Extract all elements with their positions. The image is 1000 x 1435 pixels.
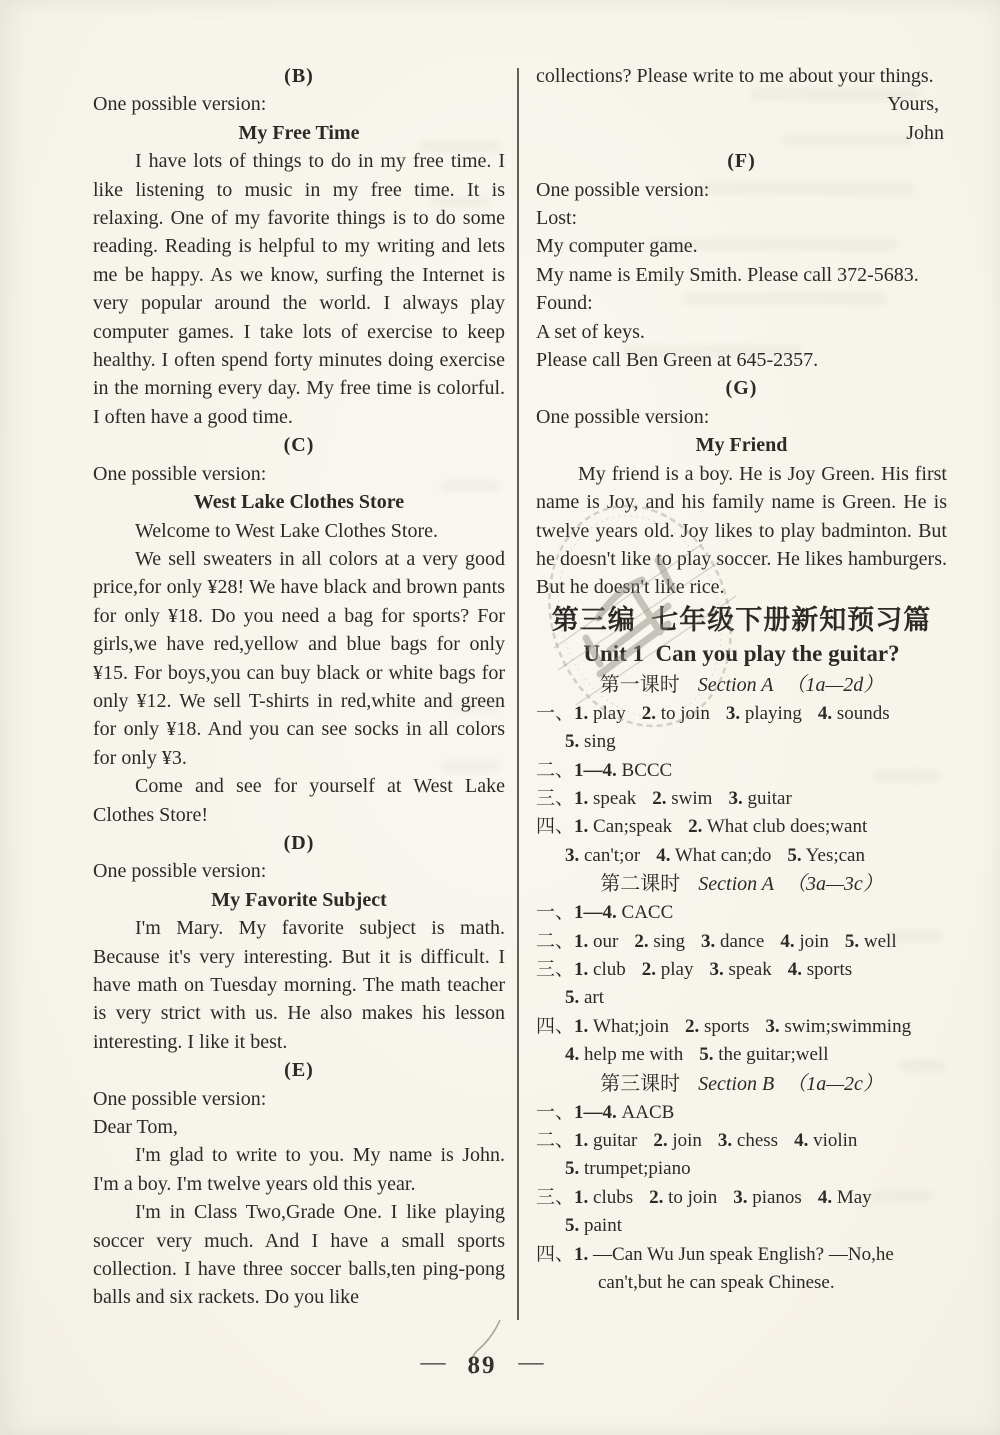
answer-line: 5. trumpet;piano xyxy=(536,1155,947,1183)
essay-title: My Free Time xyxy=(93,119,505,147)
answer-item: 1—4. AACB xyxy=(574,1102,674,1123)
text-line: One possible version: xyxy=(93,460,505,488)
answer-exercise-label: 二、 xyxy=(536,1130,574,1151)
answer-item-number: 1. xyxy=(574,703,588,724)
answer-item-number: 2. xyxy=(653,1130,667,1151)
answer-item-number: 2. xyxy=(685,1016,699,1037)
answer-item-number: 1. xyxy=(574,931,588,952)
answer-exercise-label: 一、 xyxy=(536,703,574,724)
answer-item: 1. guitar xyxy=(574,1130,637,1151)
page-number-dash-right: — xyxy=(519,1349,544,1377)
answer-item: 1. club xyxy=(574,959,626,980)
essay-title: West Lake Clothes Store xyxy=(93,488,505,516)
answer-item: 1. Can;speak xyxy=(574,816,672,837)
answer-line: 4. help me with5. the guitar;well xyxy=(536,1041,947,1069)
lesson-activity-range: （3a—3c） xyxy=(786,873,883,895)
answer-line: 一、1—4. CACC xyxy=(536,899,947,927)
paragraph: I'm Mary. My favorite subject is math. B… xyxy=(93,914,505,1056)
section-label: (G) xyxy=(536,374,947,402)
answer-item-number: 3. xyxy=(728,788,742,809)
lesson-activity-range: （1a—2d） xyxy=(785,674,883,696)
answer-item: 2. What club does;want xyxy=(688,816,867,837)
lesson-period-label: 第二课时 xyxy=(600,873,680,895)
answer-item: 3. pianos xyxy=(733,1187,802,1208)
lesson-period-label: 第三课时 xyxy=(600,1073,680,1095)
essay-title: My Friend xyxy=(536,431,947,459)
answer-item: 1. speak xyxy=(574,788,636,809)
answer-item-number: 2. xyxy=(649,1187,663,1208)
answer-item: 2. sing xyxy=(634,931,685,952)
answer-item: 4. May xyxy=(818,1187,872,1208)
answer-item-number: 5. xyxy=(845,931,859,952)
answer-item: 4. What can;do xyxy=(656,845,771,866)
text-line: One possible version: xyxy=(93,1085,505,1113)
answer-item-number: 2. xyxy=(642,703,656,724)
answer-item-number: 2. xyxy=(634,931,648,952)
answer-item: 4. sports xyxy=(788,959,852,980)
text-line: Dear Tom, xyxy=(93,1113,505,1141)
answer-line: 二、1. our2. sing3. dance4. join5. well xyxy=(536,928,947,956)
answer-item: 1—4. BCCC xyxy=(574,760,672,781)
lesson-heading: 第一课时Section A（1a—2d） xyxy=(536,671,947,700)
answer-item-number: 5. xyxy=(565,731,579,752)
answer-item: 4. sounds xyxy=(818,703,890,724)
answer-line: 四、1. —Can Wu Jun speak English? —No,he c… xyxy=(536,1241,947,1298)
answer-exercise-label: 四、 xyxy=(536,816,574,837)
answer-exercise-label: 三、 xyxy=(536,788,574,809)
answer-exercise-label: 一、 xyxy=(536,1102,574,1123)
lesson-section-label: Section A xyxy=(698,674,774,696)
text-line: Found: xyxy=(536,289,947,317)
paragraph: My friend is a boy. He is Joy Green. His… xyxy=(536,460,947,602)
answer-line: 三、1. clubs2. to join3. pianos4. May xyxy=(536,1184,947,1212)
answer-item-number: 4. xyxy=(780,931,794,952)
answer-item: 2. to join xyxy=(642,703,710,724)
answer-item: 3. chess xyxy=(718,1130,778,1151)
answer-item-number: 5. xyxy=(565,987,579,1008)
answer-item-number: 1. xyxy=(574,1187,588,1208)
answer-item: 5. art xyxy=(565,987,604,1008)
section-label: (E) xyxy=(93,1056,505,1084)
answer-exercise-label: 四、 xyxy=(536,1244,574,1265)
answer-item-number: 5. xyxy=(565,1215,579,1236)
answer-item-number: 4. xyxy=(794,1130,808,1151)
answer-item-number: 5. xyxy=(565,1158,579,1179)
answer-item-number: 4. xyxy=(565,1044,579,1065)
answer-item: 2. to join xyxy=(649,1187,717,1208)
text-line: A set of keys. xyxy=(536,318,947,346)
column-divider xyxy=(517,68,519,1320)
answer-exercise-label: 三、 xyxy=(536,1187,574,1208)
answer-line: 5. sing xyxy=(536,728,947,756)
text-line: One possible version: xyxy=(536,403,947,431)
answer-item-number: 3. xyxy=(709,959,723,980)
page-number-dash-left: — xyxy=(421,1349,446,1377)
answer-item-number: 3. xyxy=(733,1187,747,1208)
answer-item: 1—4. CACC xyxy=(574,902,673,923)
answer-item: 3. speak xyxy=(709,959,771,980)
answer-item: 4. join xyxy=(780,931,829,952)
answer-line: 三、1. speak2. swim3. guitar xyxy=(536,785,947,813)
answer-item-number: 1. xyxy=(574,1130,588,1151)
lesson-section-label: Section A xyxy=(698,873,774,895)
answer-item-number: 3. xyxy=(701,931,715,952)
text-line: My name is Emily Smith. Please call 372-… xyxy=(536,261,947,289)
answer-item-number: 4. xyxy=(788,959,802,980)
answer-item: 5. sing xyxy=(565,731,616,752)
answer-item-number: 5. xyxy=(787,845,801,866)
answer-line: 三、1. club2. play3. speak4. sports xyxy=(536,956,947,984)
text-line: Lost: xyxy=(536,204,947,232)
answer-item: 1. What;join xyxy=(574,1016,669,1037)
answer-item: 2. join xyxy=(653,1130,702,1151)
answer-item: 2. sports xyxy=(685,1016,749,1037)
answer-item: 3. dance xyxy=(701,931,764,952)
answer-item-number: 1. xyxy=(574,959,588,980)
answer-line: 四、1. Can;speak2. What club does;want xyxy=(536,813,947,841)
signature-line: John xyxy=(536,119,947,147)
answer-item: 4. help me with xyxy=(565,1044,683,1065)
paragraph: Come and see for yourself at West Lake C… xyxy=(93,772,505,829)
answer-item: 1. —Can Wu Jun speak English? —No,he can… xyxy=(574,1244,894,1293)
answer-item-number: 3. xyxy=(765,1016,779,1037)
section-label: (C) xyxy=(93,431,505,459)
chapter-heading: 第三编 七年级下册新知预习篇 xyxy=(536,604,947,637)
scanned-workbook-page: (B)One possible version:My Free TimeI ha… xyxy=(0,0,1000,1435)
paragraph: We sell sweaters in all colors at a very… xyxy=(93,545,505,772)
answer-item: 4. violin xyxy=(794,1130,857,1151)
answer-exercise-label: 三、 xyxy=(536,959,574,980)
answer-item: 2. play xyxy=(642,959,694,980)
lesson-activity-range: （1a—2c） xyxy=(786,1073,883,1095)
answer-exercise-label: 二、 xyxy=(536,931,574,952)
answer-item: 2. swim xyxy=(652,788,712,809)
text-line: One possible version: xyxy=(536,176,947,204)
answer-item-number: 1—4. xyxy=(574,760,617,781)
lesson-heading: 第三课时Section B（1a—2c） xyxy=(536,1070,947,1099)
paragraph: Welcome to West Lake Clothes Store. xyxy=(93,517,505,545)
lesson-section-label: Section B xyxy=(698,1073,774,1095)
lesson-period-label: 第一课时 xyxy=(600,674,680,696)
answer-item: 5. paint xyxy=(565,1215,622,1236)
answer-line: 四、1. What;join2. sports3. swim;swimming xyxy=(536,1013,947,1041)
section-label: (D) xyxy=(93,829,505,857)
answer-item-number: 1—4. xyxy=(574,902,617,923)
answer-line: 5. art xyxy=(536,984,947,1012)
answer-item: 5. the guitar;well xyxy=(699,1044,828,1065)
answer-item-number: 5. xyxy=(699,1044,713,1065)
page-number: —89— xyxy=(0,1352,982,1380)
paragraph: collections? Please write to me about yo… xyxy=(536,62,947,90)
signature-line: Yours, xyxy=(536,90,947,118)
answer-item-number: 4. xyxy=(656,845,670,866)
unit-heading: Unit 1 Can you play the guitar? xyxy=(536,637,947,671)
answer-item-number: 3. xyxy=(565,845,579,866)
text-line: One possible version: xyxy=(93,857,505,885)
section-label: (F) xyxy=(536,147,947,175)
answer-item: 3. guitar xyxy=(728,788,791,809)
answer-item: 1. play xyxy=(574,703,626,724)
paragraph: I'm in Class Two,Grade One. I like playi… xyxy=(93,1198,505,1312)
essay-title: My Favorite Subject xyxy=(93,886,505,914)
answer-line: 一、1—4. AACB xyxy=(536,1099,947,1127)
paragraph: I have lots of things to do in my free t… xyxy=(93,147,505,431)
column-left: (B)One possible version:My Free TimeI ha… xyxy=(93,62,505,1312)
answer-exercise-label: 四、 xyxy=(536,1016,574,1037)
answer-item-number: 2. xyxy=(688,816,702,837)
answer-item: 5. Yes;can xyxy=(787,845,865,866)
answer-item-number: 3. xyxy=(726,703,740,724)
answer-item-number: 1. xyxy=(574,816,588,837)
answer-exercise-label: 二、 xyxy=(536,760,574,781)
section-label: (B) xyxy=(93,62,505,90)
answer-item: 5. well xyxy=(845,931,897,952)
answer-line: 二、1—4. BCCC xyxy=(536,757,947,785)
answer-line: 二、1. guitar2. join3. chess4. violin xyxy=(536,1127,947,1155)
answer-item-number: 1. xyxy=(574,1016,588,1037)
text-line: One possible version: xyxy=(93,90,505,118)
answer-item-number: 1. xyxy=(574,1244,588,1265)
text-line: My computer game. xyxy=(536,232,947,260)
answer-item: 1. our xyxy=(574,931,618,952)
answer-item-number: 4. xyxy=(818,1187,832,1208)
answer-item-number: 2. xyxy=(652,788,666,809)
answer-line: 3. can't;or4. What can;do5. Yes;can xyxy=(536,842,947,870)
answer-item: 3. playing xyxy=(726,703,802,724)
answer-line: 5. paint xyxy=(536,1212,947,1240)
answer-item-number: 2. xyxy=(642,959,656,980)
answer-item: 5. trumpet;piano xyxy=(565,1158,691,1179)
paragraph: I'm glad to write to you. My name is Joh… xyxy=(93,1141,505,1198)
answer-item: 3. can't;or xyxy=(565,845,640,866)
lesson-heading: 第二课时Section A（3a—3c） xyxy=(536,870,947,899)
answer-item-number: 1. xyxy=(574,788,588,809)
answer-item: 3. swim;swimming xyxy=(765,1016,911,1037)
page-number-value: 89 xyxy=(468,1352,497,1379)
answer-item-number: 4. xyxy=(818,703,832,724)
text-line: Please call Ben Green at 645-2357. xyxy=(536,346,947,374)
answer-exercise-label: 一、 xyxy=(536,902,574,923)
column-right: collections? Please write to me about yo… xyxy=(536,62,947,1297)
answer-item-number: 1—4. xyxy=(574,1102,617,1123)
answer-line: 一、1. play2. to join3. playing4. sounds xyxy=(536,700,947,728)
answer-item-number: 3. xyxy=(718,1130,732,1151)
answer-item: 1. clubs xyxy=(574,1187,633,1208)
